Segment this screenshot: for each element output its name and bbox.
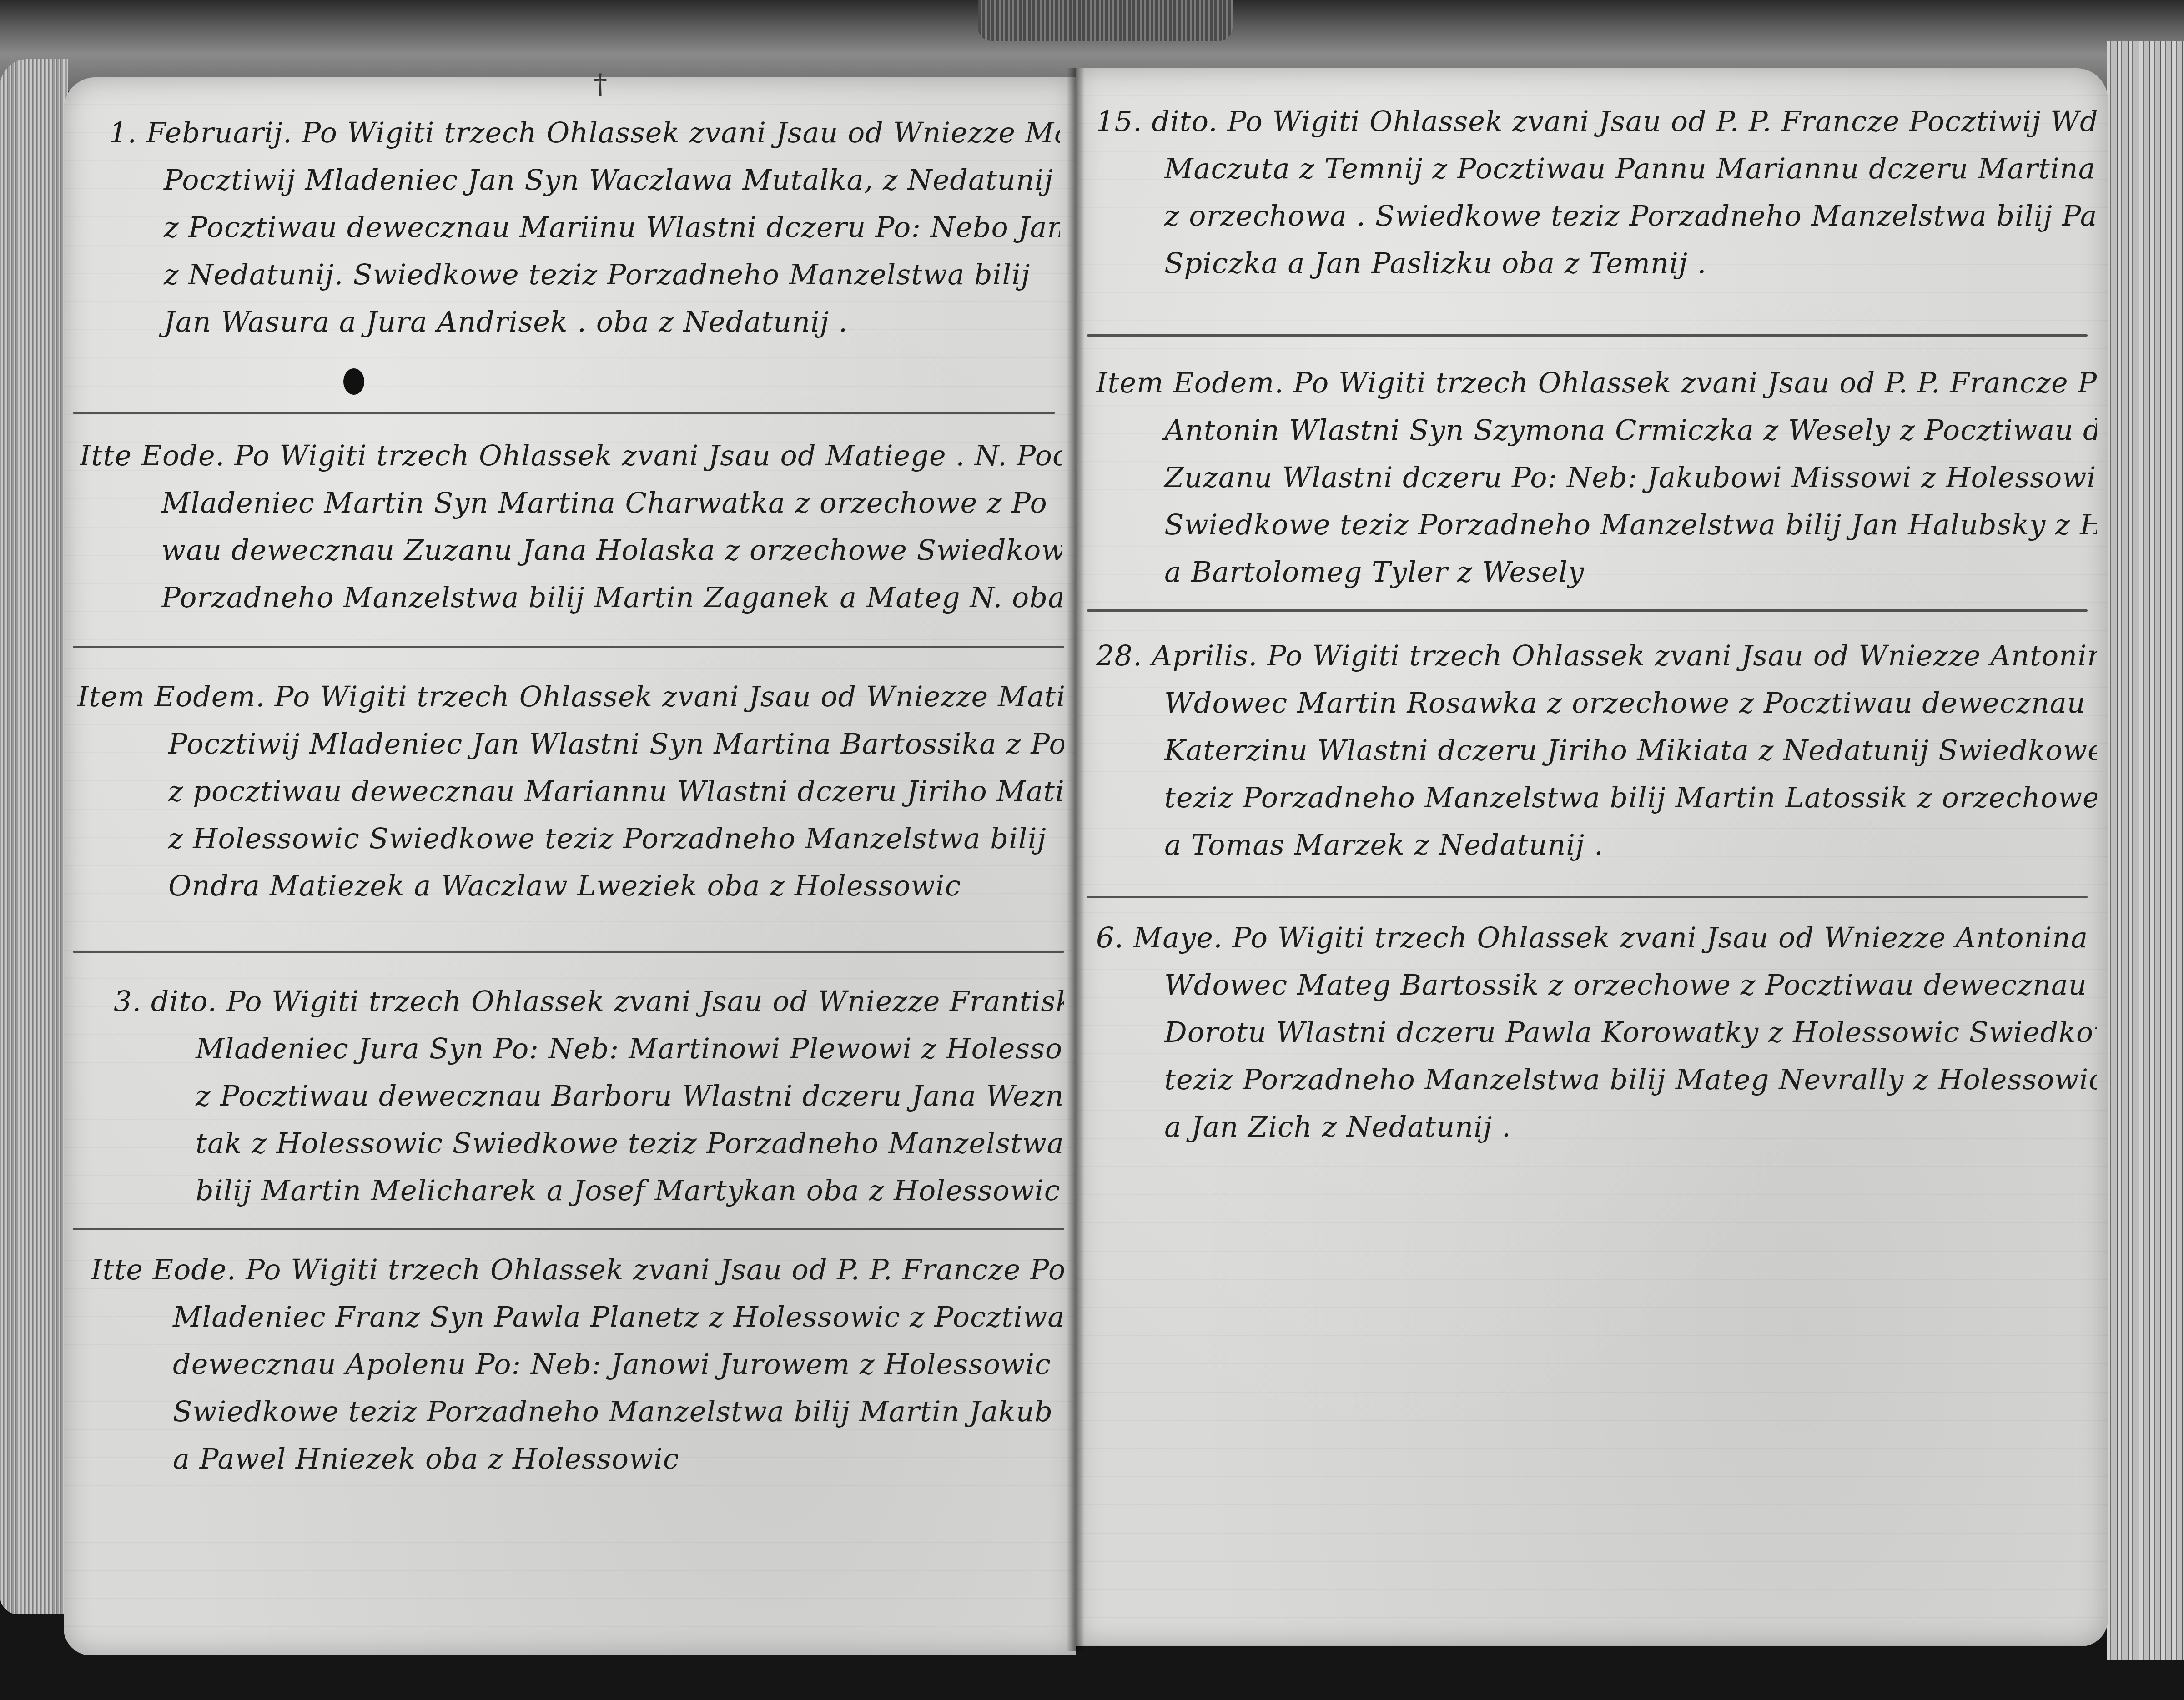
entry-line: a Pawel Hniezek oba z Holessowic [91, 1435, 1064, 1483]
entry-date: Itte Eode. [91, 1253, 236, 1286]
entry-line: Po Wigiti trzech Ohlassek zvani Jsau od … [302, 116, 1060, 149]
entry-divider [1087, 334, 2088, 337]
entry-line: Po Wigiti trzech Ohlassek zvani Jsau od … [275, 680, 1064, 713]
register-entry: 3. dito. Po Wigiti trzech Ohlassek zvani… [114, 978, 1064, 1214]
entry-divider [73, 412, 1055, 414]
entry-date: 1. Februarij. [109, 116, 292, 149]
entry-line: Po Wigiti trzech Ohlassek zvani Jsau od … [246, 1253, 1064, 1286]
entry-line: z pocztiwau dewecznau Mariannu Wlastni d… [77, 768, 1064, 815]
entry-line: a Jan Zich z Nedatunij . [1096, 1103, 2097, 1151]
entry-line: Pocztiwij Mladeniec Jan Syn Waczlawa Mut… [109, 156, 1060, 204]
right-page-edges [2107, 41, 2184, 1660]
entry-date: Item Eodem. [77, 680, 265, 713]
entry-line: dewecznau Apolenu Po: Neb: Janowi Jurowe… [91, 1341, 1064, 1388]
entry-line: Wdowec Mateg Bartossik z orzechowe z Poc… [1096, 961, 2097, 1009]
entry-line: Po Wigiti trzech Ohlassek zvani Jsau od … [1267, 639, 2097, 672]
entry-line: a Tomas Marzek z Nedatunij . [1096, 821, 2097, 869]
entry-divider [1087, 896, 2088, 898]
entry-line: a Bartolomeg Tyler z Wesely [1096, 548, 2097, 596]
entry-line: Spiczka a Jan Paslizku oba z Temnij . [1096, 240, 2097, 287]
register-entry: Item Eodem. Po Wigiti trzech Ohlassek zv… [1096, 359, 2097, 596]
entry-line: Katerzinu Wlastni dczeru Jiriho Mikiata … [1096, 727, 2097, 774]
entry-line: Po Wigiti Ohlassek zvani Jsau od P. P. F… [1227, 105, 2097, 138]
register-entry: Item Eodem. Po Wigiti trzech Ohlassek zv… [77, 673, 1064, 910]
entry-line: Zuzanu Wlastni dczeru Po: Neb: Jakubowi … [1096, 454, 2097, 501]
ink-blot [343, 368, 364, 395]
entry-line: Mladeniec Jura Syn Po: Neb: Martinowi Pl… [114, 1025, 1064, 1072]
entry-line: teziz Porzadneho Manzelstwa bilij Mateg … [1096, 1056, 2097, 1103]
register-entry: 1. Februarij. Po Wigiti trzech Ohlassek … [109, 109, 1060, 314]
entry-line: Maczuta z Temnij z Pocztiwau Pannu Maria… [1096, 145, 2097, 192]
entry-divider [1087, 609, 2088, 612]
entry-line: Po Wigiti trzech Ohlassek zvani Jsau od … [1232, 921, 2097, 954]
entry-date: 28. Aprilis. [1096, 639, 1258, 672]
entry-line: Jan Wasura a Jura Andrisek . oba z Nedat… [109, 298, 1060, 346]
entry-line: Pocztiwij Mladeniec Jan Wlastni Syn Mart… [77, 720, 1064, 768]
entry-line: Po Wigiti trzech Ohlassek zvani Jsau od … [226, 985, 1064, 1018]
entry-line: tak z Holessowic Swiedkowe teziz Porzadn… [114, 1120, 1064, 1167]
register-entry: Itte Eode. Po Wigiti trzech Ohlassek zva… [91, 1246, 1064, 1483]
entry-divider [73, 646, 1064, 648]
entry-line: Porzadneho Manzelstwa bilij Martin Zagan… [80, 574, 1062, 621]
entry-line: Swiedkowe teziz Porzadneho Manzelstwa bi… [91, 1388, 1064, 1435]
book-spine-headband [978, 0, 1233, 41]
entry-line: z Pocztiwau dewecznau Barboru Wlastni dc… [114, 1072, 1064, 1120]
entry-date: 15. dito. [1096, 105, 1218, 138]
entry-line: z Nedatunij. Swiedkowe teziz Porzadneho … [109, 251, 1060, 298]
register-entry: 15. dito. Po Wigiti Ohlassek zvani Jsau … [1096, 98, 2097, 287]
entry-date: Itte Eode. [80, 439, 225, 472]
entry-line: bilij Martin Melicharek a Josef Martykan… [114, 1167, 1064, 1214]
entry-line: z Pocztiwau dewecznau Mariinu Wlastni dc… [109, 204, 1060, 251]
marginal-cross-mark: † [594, 68, 607, 100]
entry-line: teziz Porzadneho Manzelstwa bilij Martin… [1096, 774, 2097, 821]
entry-date: Item Eodem. [1096, 366, 1284, 399]
entry-line: Mladeniec Franz Syn Pawla Planetz z Hole… [91, 1293, 1064, 1341]
entry-line: Mladeniec Martin Syn Martina Charwatka z… [80, 479, 1062, 527]
entry-line: wau dewecznau Zuzanu Jana Holaska z orze… [80, 527, 1062, 574]
left-page-edges [0, 59, 68, 1614]
book-gutter [1067, 68, 1085, 1651]
entry-date: 3. dito. [114, 985, 217, 1018]
entry-date: 6. Maye. [1096, 921, 1223, 954]
entry-line: Po Wigiti trzech Ohlassek zvani Jsau od … [234, 439, 1062, 472]
entry-line: z Holessowic Swiedkowe teziz Porzadneho … [77, 815, 1064, 862]
register-entry: 28. Aprilis. Po Wigiti trzech Ohlassek z… [1096, 632, 2097, 869]
entry-divider [73, 951, 1064, 953]
entry-line: Po Wigiti trzech Ohlassek zvani Jsau od … [1293, 366, 2097, 399]
register-entry: 6. Maye. Po Wigiti trzech Ohlassek zvani… [1096, 914, 2097, 1151]
entry-line: Wdowec Martin Rosawka z orzechowe z Pocz… [1096, 679, 2097, 727]
register-entry: Itte Eode. Po Wigiti trzech Ohlassek zva… [80, 432, 1062, 621]
entry-line: Ondra Matiezek a Waczlaw Lweziek oba z H… [77, 862, 1064, 910]
entry-line: Dorotu Wlastni dczeru Pawla Korowatky z … [1096, 1009, 2097, 1056]
entry-line: z orzechowa . Swiedkowe teziz Porzadneho… [1096, 192, 2097, 240]
entry-line: Swiedkowe teziz Porzadneho Manzelstwa bi… [1096, 501, 2097, 548]
entry-divider [73, 1228, 1064, 1230]
entry-line: Antonin Wlastni Syn Szymona Crmiczka z W… [1096, 407, 2097, 454]
